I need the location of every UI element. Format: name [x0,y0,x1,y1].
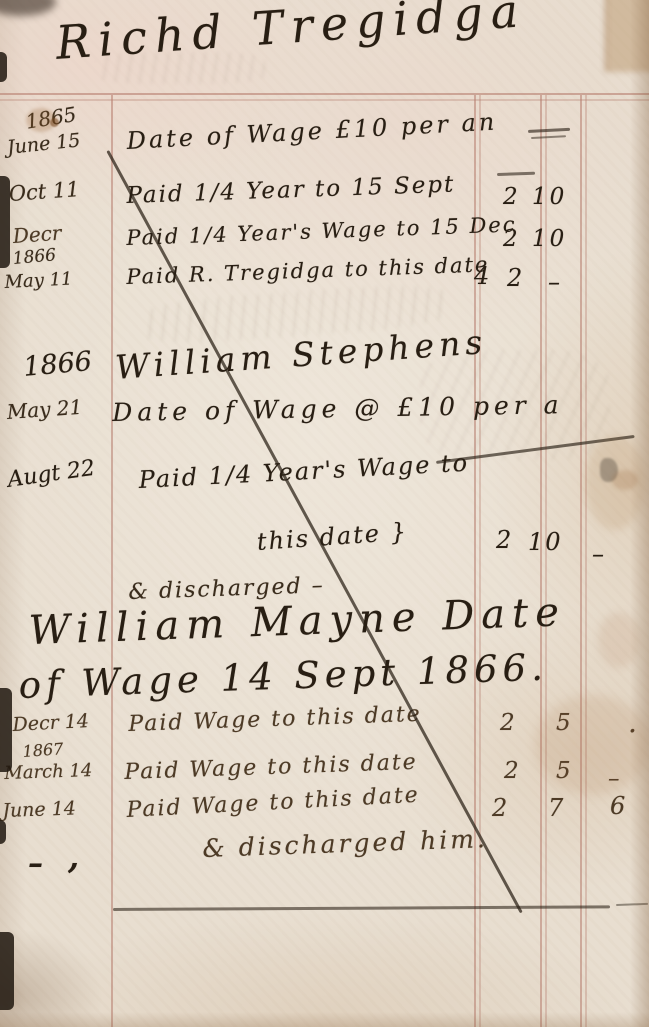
entry-description: Paid Wage to this date [128,702,422,737]
entry-description: Paid 1/4 Year to 15 Sept [126,172,456,209]
stain [585,435,645,530]
amount-pence: 6 [610,792,625,820]
bottom-edge-shade [0,1012,649,1027]
binding-mark [0,52,7,82]
margin-dash: – [28,846,43,881]
top-margin-rule [0,93,649,95]
section-heading-year: 1866 [22,346,93,383]
entry-description-2: this date } [256,517,409,555]
amount-shillings: 7 [548,794,563,822]
section-heading-line1: William Mayne Date [28,589,567,654]
amount-pounds: 2 [504,758,519,784]
amount-pence: – [608,766,620,792]
discharge-note: & discharged him. [202,824,488,863]
top-margin-rule-2 [0,99,649,101]
stain [598,612,640,668]
entry-date: 1867 [22,739,64,761]
ledger-page: Richd Tregidga 1865 June 15 Date of Wage… [0,0,649,1027]
amount-shillings: 2 [507,264,522,292]
amount-pounds: 2 [500,710,515,736]
corner-shadow [0,0,56,16]
margin-comma: , [68,838,79,876]
amount-pounds: 2 [496,526,511,554]
binding-mark [0,820,6,844]
entry-date: March 14 [4,760,93,784]
entry-description: Paid Wage to this date [126,783,420,823]
amount-pence: – [592,540,604,568]
section-heading-name: William Stephens [114,322,488,387]
pence-column-rule [580,95,582,1027]
binding-mark [0,176,10,268]
entry-date: Decr [12,221,62,248]
amount-shillings: 5 [556,710,571,736]
entry-description: Date of Wage £10 per an [126,108,498,155]
entry-date: June 15 [6,129,81,159]
amount-pounds: 2 [492,794,507,822]
entry-date: Decr 14 [12,710,89,736]
right-edge-shade [630,0,649,1027]
amount-pounds: 2 [503,184,518,210]
amount-shillings: 10 [528,528,563,556]
binding-mark [0,688,12,772]
amount-shillings: 10 [532,184,567,210]
entry-date: Oct 11 [8,177,80,206]
ink-smudge [600,458,618,482]
entry-description: Date of Wage @ £10 per a [112,390,564,427]
pence-column-rule-2 [585,95,587,1027]
entry-date: Augt 22 [6,456,97,493]
entry-date: 1866 [12,245,57,269]
page-edge-shadow [605,0,649,72]
account-title: Richd Tregidga [54,0,528,70]
amount-pence: – [548,268,560,296]
entry-description: Paid 1/4 Year's Wage to 15 Dec [126,212,517,250]
closing-line-tail [616,903,648,906]
entry-description: Paid 1/4 Year's Wage to [138,449,470,494]
amount-pounds: 4 [474,262,489,290]
section-heading-line2: of Wage 14 Sept 1866. [18,646,548,707]
amount-pence: . [628,706,637,739]
amount-pounds: 2 [503,226,518,252]
stain [612,470,638,490]
date-column-rule [111,95,113,1027]
ditto-mark [528,128,570,133]
ditto-mark [531,135,566,139]
closing-line [113,905,610,910]
entry-description: Paid Wage to this date [124,750,418,785]
entry-date: May 11 [4,268,73,293]
amount-shillings: 10 [532,226,567,252]
entry-date: June 14 [2,797,76,822]
entry-date: May 21 [6,395,83,424]
ditto-mark [497,172,535,176]
amount-shillings: 5 [556,758,571,784]
binding-mark [0,932,14,1010]
entry-date: 1865 [24,102,78,134]
